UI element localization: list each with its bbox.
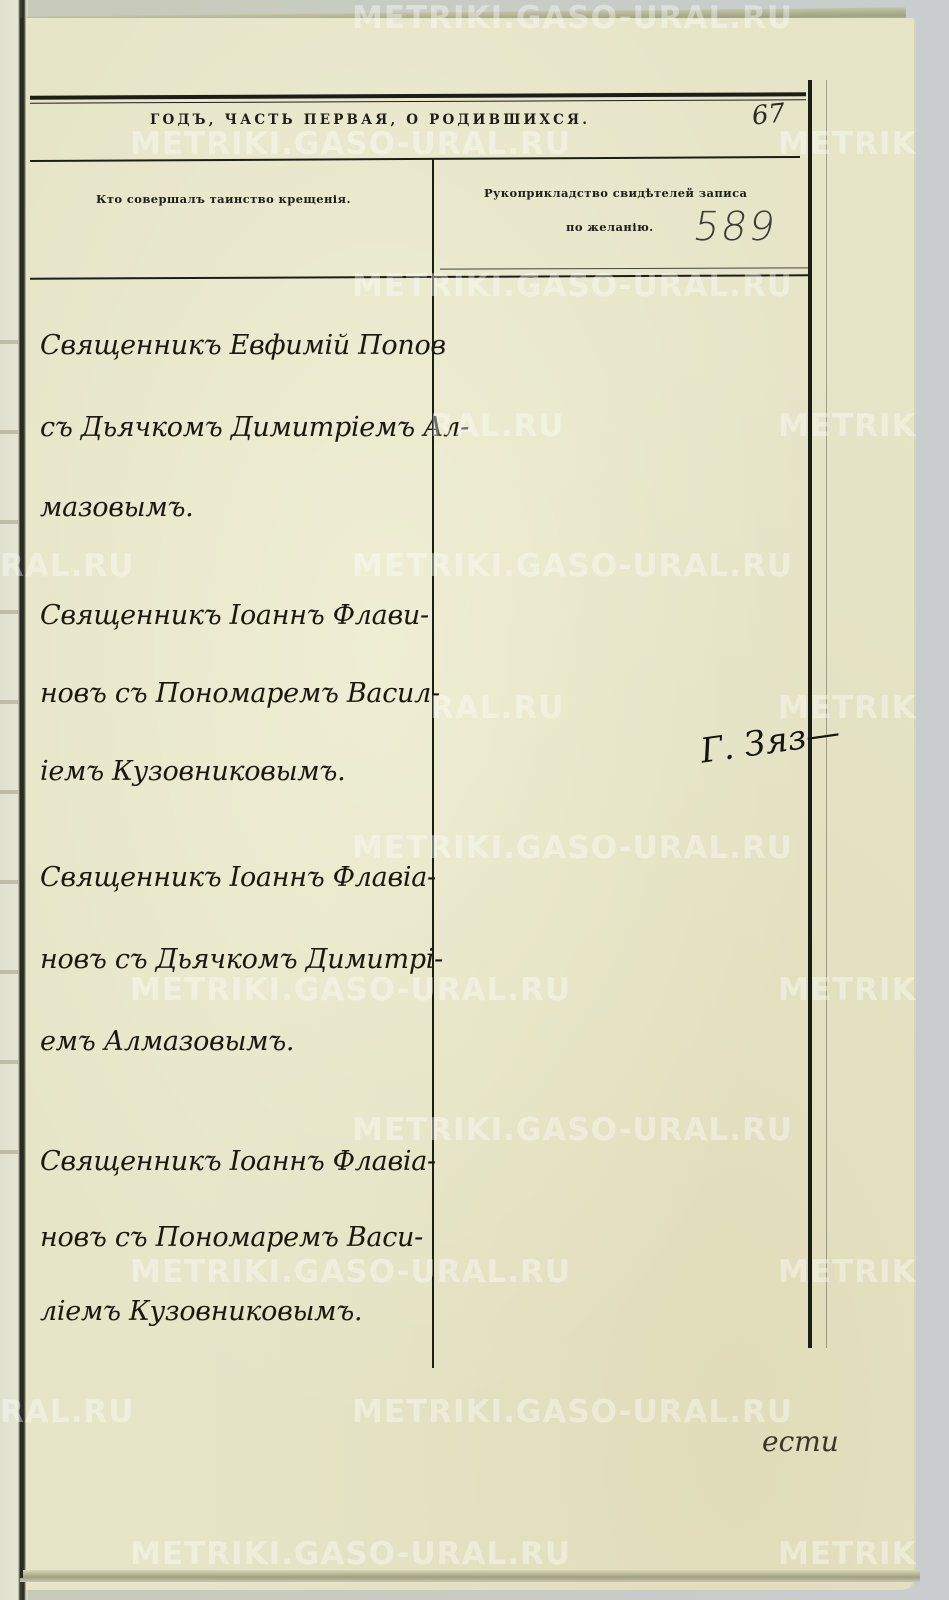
entry-line: мазовымъ. [40,492,440,523]
document-page [26,18,916,1590]
entry-line: съ Дьячкомъ Димитріемъ Ал- [40,412,440,443]
entry-line: іемъ Кузовниковымъ. [40,756,440,787]
entry-line: Священникъ Іоаннъ Флави- [40,600,440,631]
entry-line: Священникъ Іоаннъ Флавіа- [40,862,440,893]
archive-stamp-number: 589 [690,204,780,250]
column-header-witnesses-line2: по желанію. [566,220,654,234]
page-bottom-edge [20,1570,920,1582]
folio-number: 67 [751,98,787,131]
left-border-rule [20,18,23,1578]
page-header-title: ГОДЪ, ЧАСТЬ ПЕРВАЯ, О РОДИВШИХСЯ. [150,112,710,128]
catchword: ести [762,1425,839,1458]
entry-line: новъ съ Дьячкомъ Димитрі- [40,944,440,975]
column-header-witnesses-line1: Рукоприкладство свидѣтелей записа [484,186,747,200]
entry-line: Священникъ Іоаннъ Флавіа- [40,1146,440,1177]
entry-line: Священникъ Евфимій Попов [40,330,440,361]
facing-page-marginalia [0,300,18,1200]
entry-line: ліемъ Кузовниковымъ. [40,1296,440,1327]
right-border-rule [808,80,812,1348]
entry-line: новъ съ Пономаремъ Васил- [40,678,440,709]
entry-line: новъ съ Пономаремъ Васи- [40,1222,440,1253]
column-header-officiant: Кто совершалъ таинство крещенія. [96,192,351,206]
entry-line: емъ Алмазовымъ. [40,1026,440,1057]
